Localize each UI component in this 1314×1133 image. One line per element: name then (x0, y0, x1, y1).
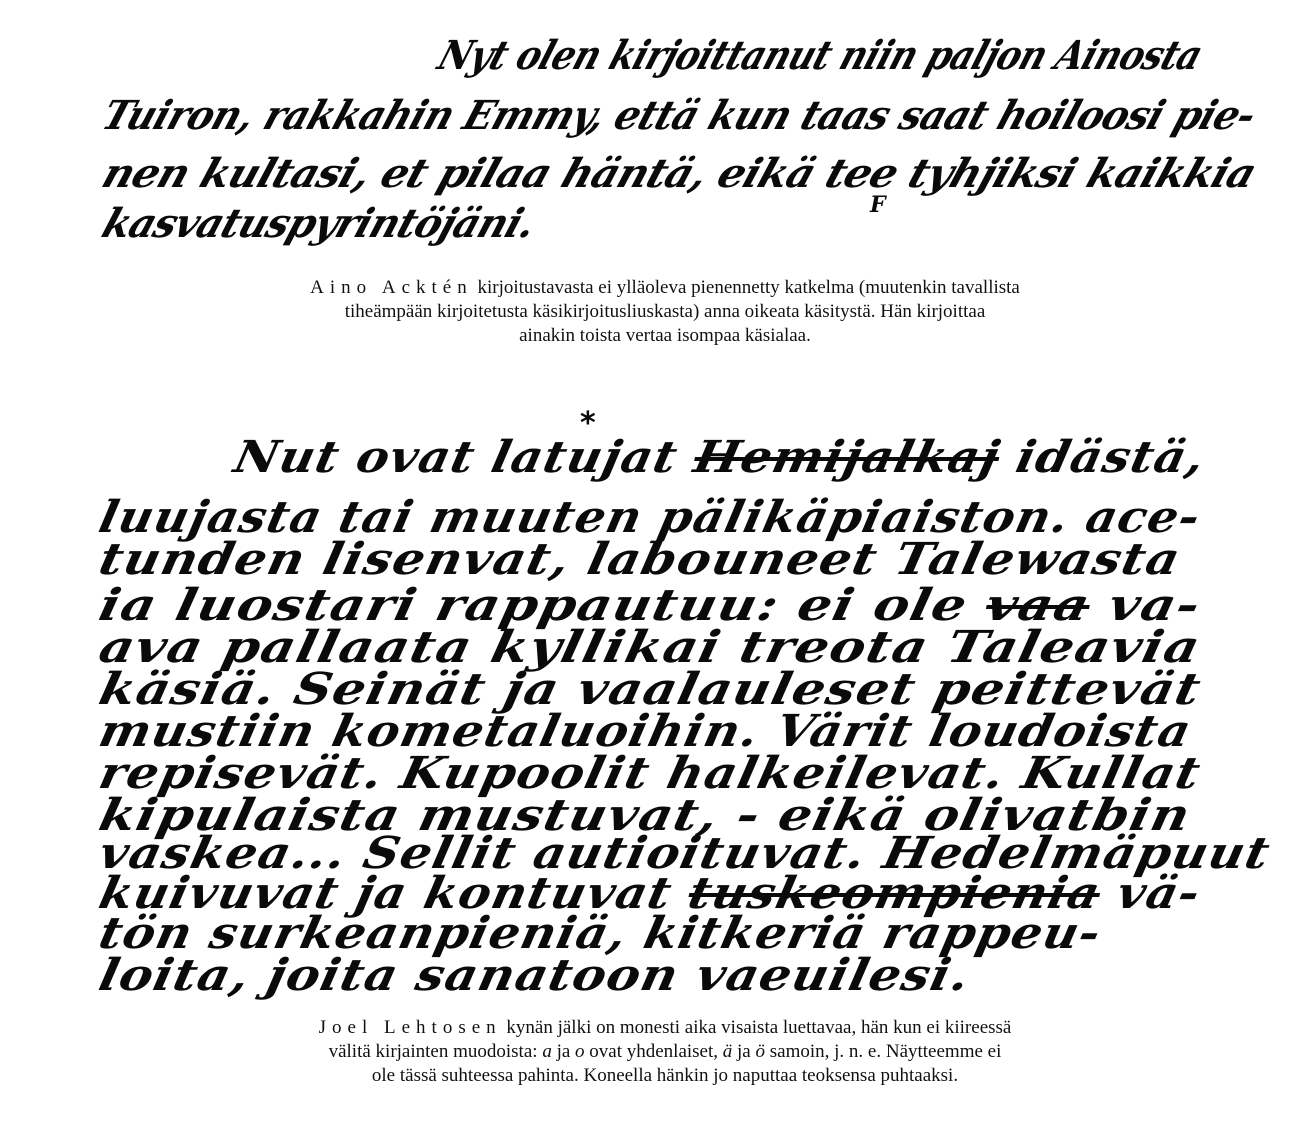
italic-letter-o: o (575, 1041, 585, 1062)
caption-line: Joel Lehtosen kynän jälki on monesti aik… (110, 1016, 1220, 1040)
handwriting-specimen-lehtonen: * Nut ovat latujat Hemijalkaj idästä,luu… (100, 410, 1314, 980)
scanned-page: Nyt olen kirjoittanut niin paljon Ainost… (0, 0, 1314, 1133)
caption-author-name: Aino Acktén (310, 277, 473, 298)
caption-author-name: Joel Lehtosen (319, 1017, 502, 1038)
caption-text: kynän jälki on monesti aika visaista lue… (502, 1017, 1012, 1038)
caption-line: Aino Acktén kirjoitustavasta ei ylläolev… (110, 276, 1220, 300)
caption-line: tiheämpään kirjoitetusta käsikirjoitusli… (110, 300, 1220, 324)
handwriting-line: loita, joita sanatoon vaeuilesi. (95, 950, 975, 1001)
caption-line: ole tässä suhteessa pahinta. Koneella hä… (110, 1064, 1220, 1088)
italic-letter-a-umlaut: ä (723, 1041, 733, 1062)
handwriting-line: Tuiron, rakkahin Emmy, että kun taas saa… (96, 92, 1261, 139)
caption-line: ainakin toista vertaa isompaa käsialaa. (110, 324, 1220, 348)
handwriting-line: Nut ovat latujat Hemijalkaj idästä, (230, 432, 1210, 483)
italic-letter-o-umlaut: ö (756, 1041, 766, 1062)
handwriting-line: Nyt olen kirjoittanut niin paljon Ainost… (432, 32, 1207, 79)
insertion-mark: F (870, 192, 885, 218)
caption-line: välitä kirjainten muodoista: a ja o ovat… (110, 1040, 1220, 1064)
handwriting-line: nen kultasi, et pilaa häntä, eikä tee ty… (96, 150, 1261, 197)
handwriting-line: tunden lisenvat, labouneet Talewasta (95, 534, 1186, 585)
handwriting-line: kasvatuspyrintöjäni. (96, 200, 541, 247)
handwriting-specimen-ackte: Nyt olen kirjoittanut niin paljon Ainost… (100, 20, 1300, 250)
caption-text: kirjoitustavasta ei ylläoleva pienennett… (473, 277, 1020, 298)
italic-letter-a: a (542, 1041, 552, 1062)
caption-ackte: Aino Acktén kirjoitustavasta ei ylläolev… (110, 276, 1220, 348)
struck-out-word: Hemijalkaj (689, 432, 1004, 483)
caption-lehtonen: Joel Lehtosen kynän jälki on monesti aik… (110, 1016, 1220, 1088)
